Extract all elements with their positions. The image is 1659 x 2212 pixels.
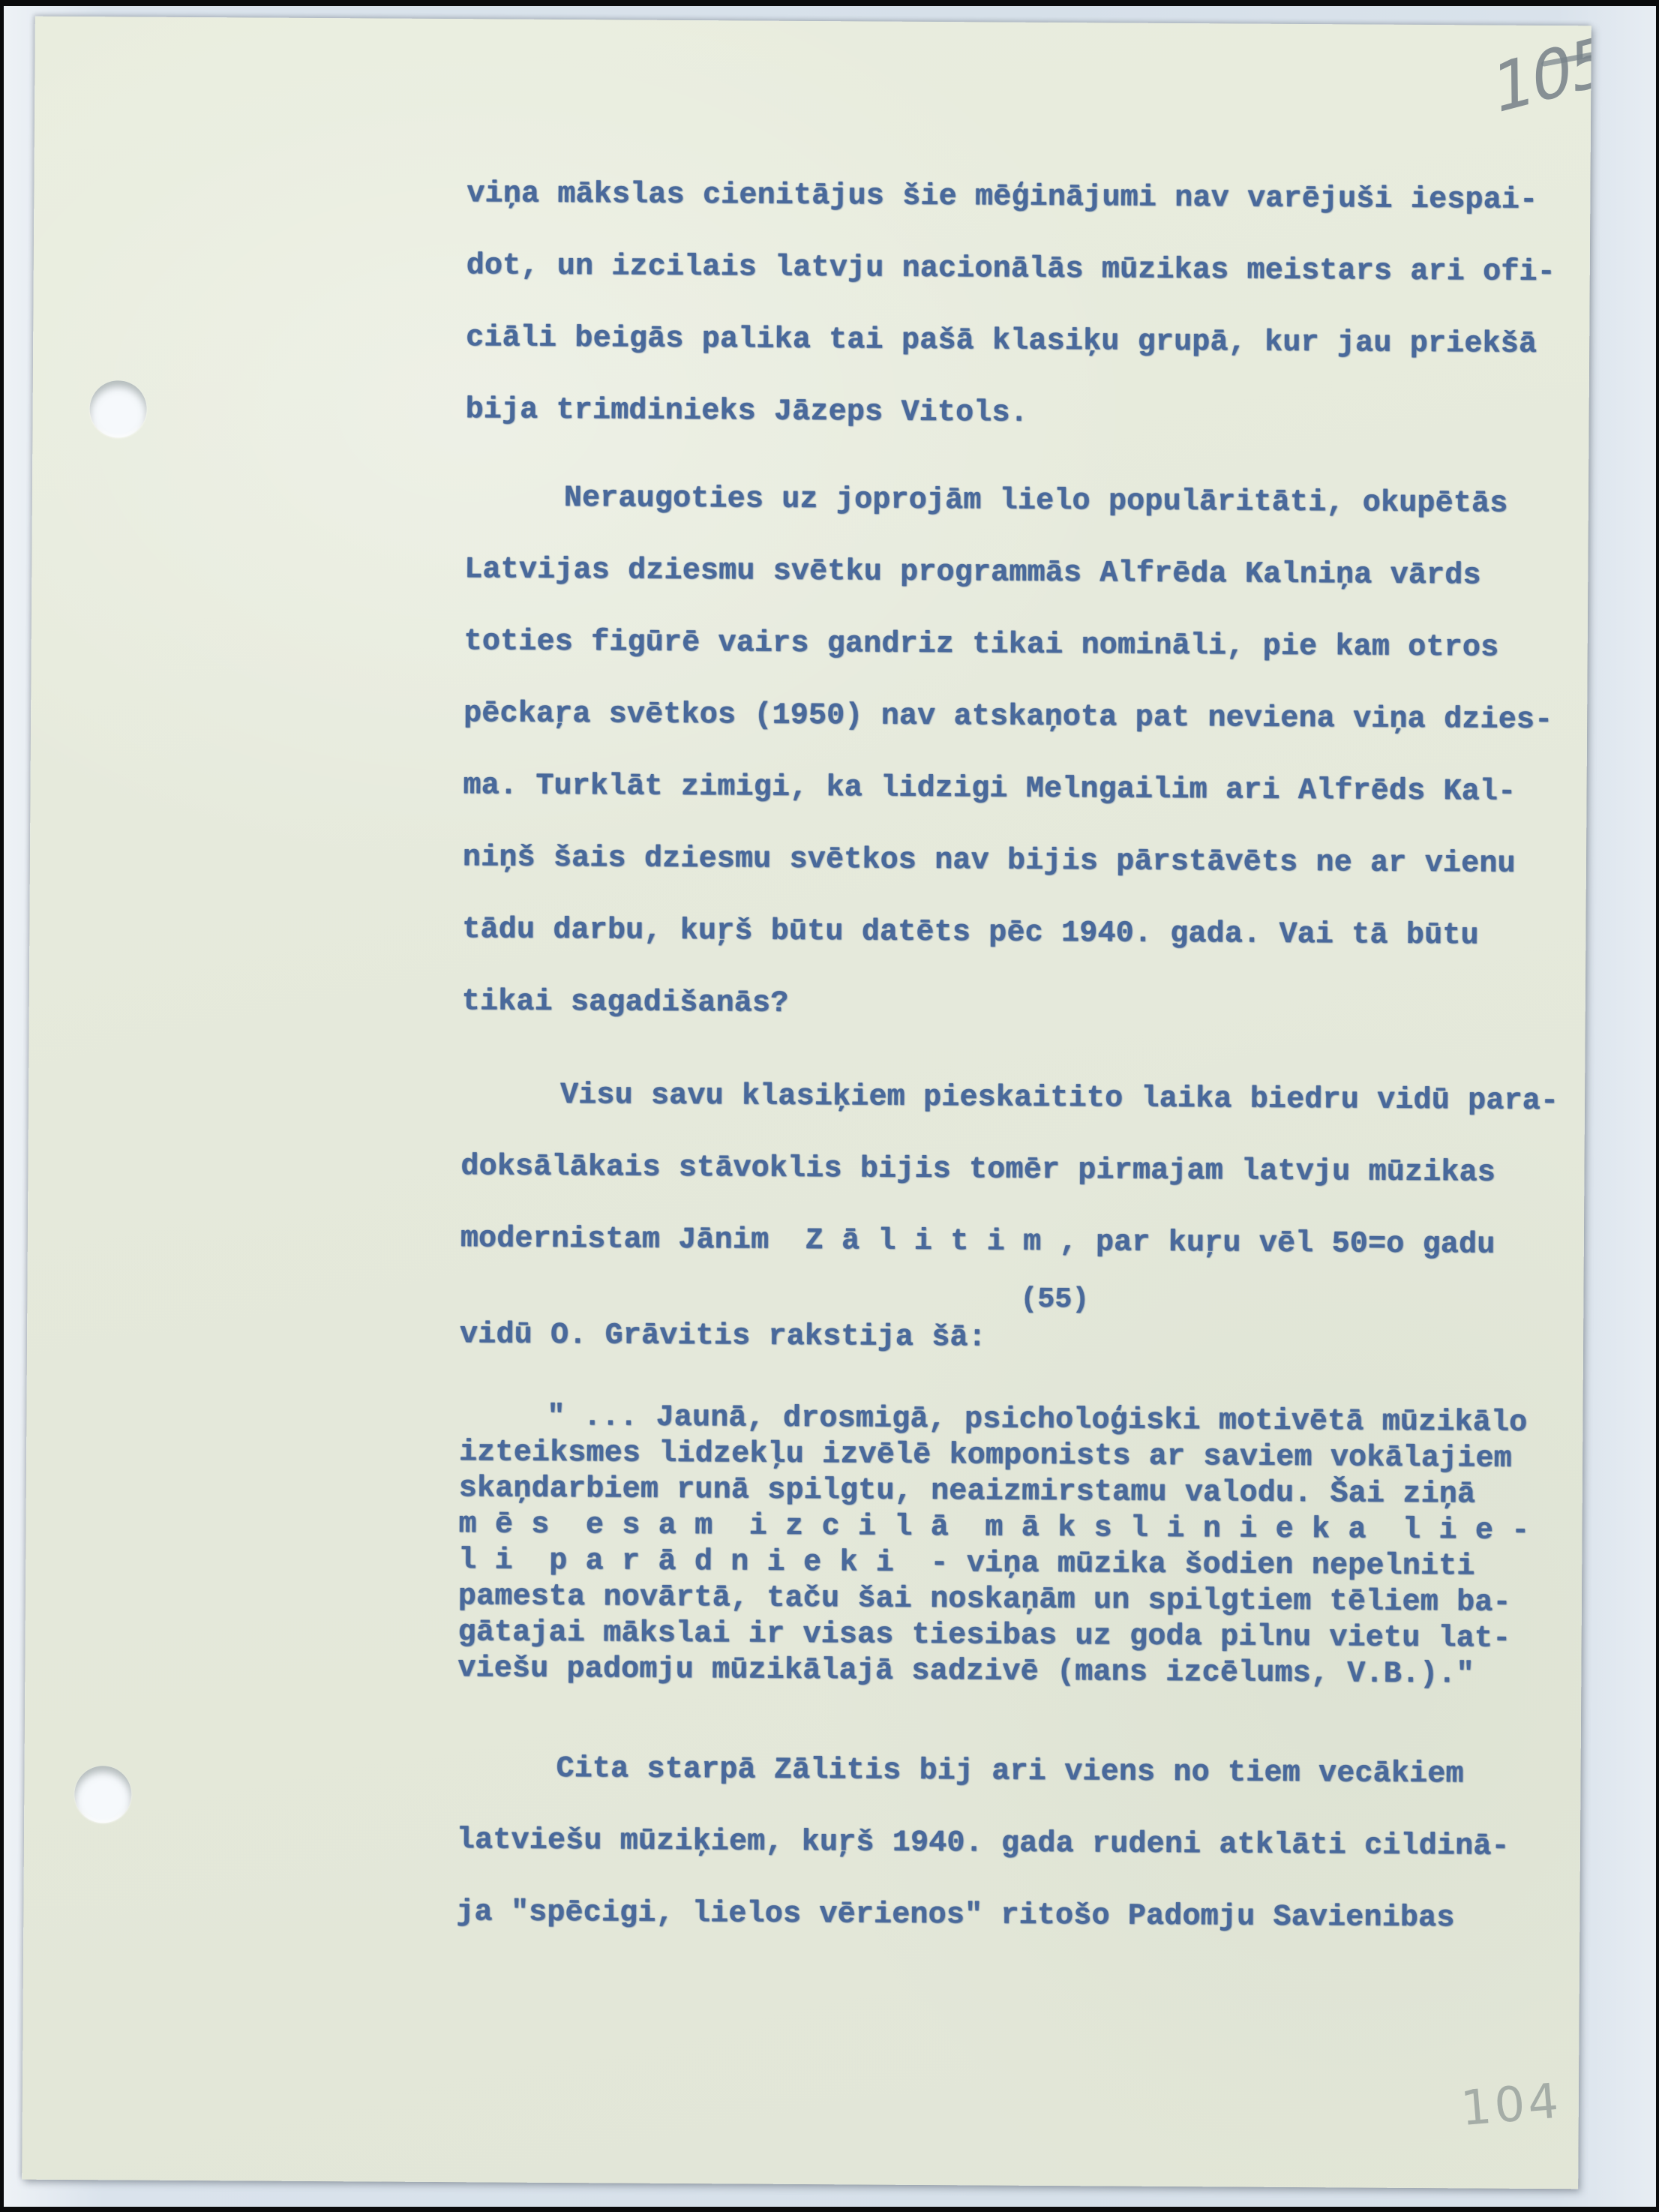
typewritten-line: viešu padomju mūzikālajā sadzivē (mans i… [457,1651,1528,1694]
typewritten-line: skaņdarbiem runā spilgtu, neaizmirstamu … [459,1471,1530,1514]
block-quote: " ... Jaunā, drosmigā, psicholoģiski mot… [457,1399,1530,1694]
typewritten-line: pamesta novārtā, taču šai noskaņām un sp… [458,1579,1529,1622]
typewritten-line: bija trimdinieks Jāzeps Vitols. [465,374,1555,453]
paragraph-2: Neraugoties uz joprojām lielo populāritā… [462,462,1555,1045]
punch-hole-top [89,380,146,437]
paragraph-1: viņa mākslas cienitājus šie mēģinājumi n… [465,158,1556,453]
typewritten-line: m ē s e s a m i z c i l ā m ā k s l i n … [458,1507,1529,1550]
typewritten-line: dot, un izcilais latvju nacionālās mūzik… [466,230,1556,309]
typewritten-line: viņa mākslas cienitājus šie mēģinājumi n… [466,158,1556,237]
typewritten-line: toties figūrē vairs gandriz tikai nominā… [463,606,1553,685]
typewritten-line: " ... Jaunā, drosmigā, psicholoģiski mot… [459,1399,1530,1442]
typewritten-line: tikai sagadišanās? [462,966,1552,1045]
typewritten-line: vidū O. Grāvitis rakstija šā: [460,1299,986,1374]
typewritten-line: doksālākais stāvoklis bijis tomēr pirmaj… [460,1131,1558,1210]
page-number-pencil-bottom: 104 [1459,2073,1564,2137]
typewritten-line: pēckaŗa svētkos (1950) nav atskaņota pat… [463,678,1553,757]
typewritten-line: modernistam Jānim Z ā l i t i m , par ku… [460,1203,1558,1282]
page-number-pencil-top: 105 [1492,20,1591,129]
typewritten-line: ma. Turklāt zimigi, ka lidzigi Melngaili… [463,750,1552,829]
punch-hole-bottom [74,1766,131,1823]
paragraph-3: Visu savu klasiķiem pieskaitito laika bi… [460,1059,1559,1282]
paragraph-3-last-line: vidū O. Grāvitis rakstija šā: [460,1299,986,1374]
scanned-page: 105 104 viņa mākslas cienitājus šie mēģi… [22,17,1591,2189]
typewritten-line: izteiksmes lidzekļu izvēlē komponists ar… [459,1435,1530,1478]
typewritten-line: ja "spēcigi, lielos vērienos" ritošo Pad… [456,1877,1509,1955]
typewritten-line: latviešu mūziķiem, kuŗš 1940. gada ruden… [457,1805,1510,1883]
typewritten-line: Neraugoties uz joprojām lielo populāritā… [465,462,1555,541]
typewritten-line: ciāli beigās palika tai pašā klasiķu gru… [466,302,1555,381]
typewritten-line: gātajai mākslai ir visas tiesibas uz god… [458,1615,1529,1658]
typewritten-line: niņš šais dziesmu svētkos nav bijis pārs… [463,822,1552,901]
typewritten-line: Latvijas dziesmu svētku programmās Alfrē… [464,534,1554,613]
paragraph-4: Cita starpā Zālitis bij ari viens no tie… [456,1733,1510,1955]
typewritten-line: Visu savu klasiķiem pieskaitito laika bi… [461,1059,1559,1138]
typewritten-line: l i p a r ā d n i e k i - viņa mūzika šo… [458,1543,1529,1586]
footnote-number: (55) [1020,1285,1089,1316]
typewritten-line: tādu darbu, kuŗš būtu datēts pēc 1940. g… [462,894,1552,973]
typewritten-line: Cita starpā Zālitis bij ari viens no tie… [457,1733,1510,1811]
